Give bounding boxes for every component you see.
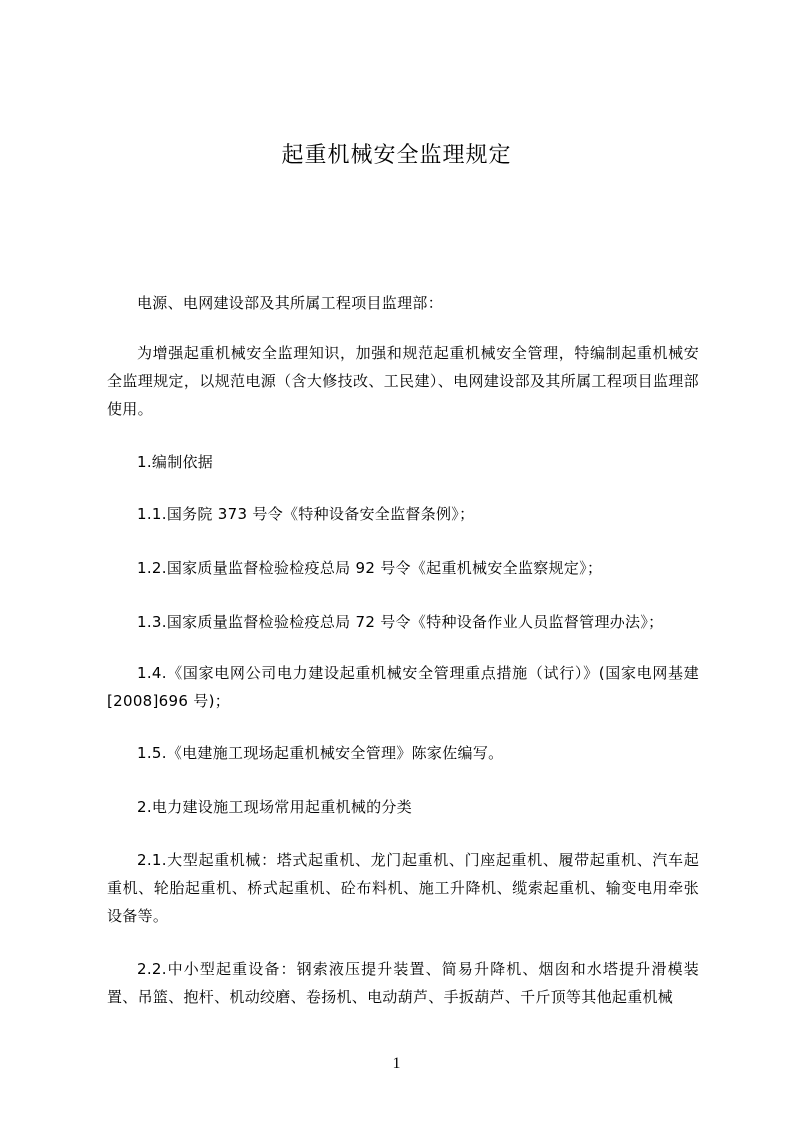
section-heading-basis: 1.编制依据 [107,448,699,476]
basis-item-1-5: 1.5.《电建施工现场起重机械安全管理》陈家佐编写。 [107,739,699,767]
classification-item-2-2: 2.2.中小型起重设备：钢索液压提升装置、简易升降机、烟囱和水塔提升滑模装置、吊… [107,955,699,1011]
section-heading-classification: 2.电力建设施工现场常用起重机械的分类 [107,793,699,821]
intro-paragraph: 为增强起重机械安全监理知识，加强和规范起重机械安全管理，特编制起重机械安全监理规… [107,339,699,423]
document-page: 起重机械安全监理规定 电源、电网建设部及其所属工程项目监理部： 为增强起重机械安… [0,0,793,1122]
basis-item-1-3: 1.3.国家质量监督检验检疫总局 72 号令《特种设备作业人员监督管理办法》； [107,608,699,636]
classification-item-2-1: 2.1.大型起重机械：塔式起重机、龙门起重机、门座起重机、履带起重机、汽车起重机… [107,846,699,930]
basis-item-1-1: 1.1.国务院 373 号令《特种设备安全监督条例》； [107,500,699,528]
addressee-line: 电源、电网建设部及其所属工程项目监理部： [107,289,699,317]
page-number: 1 [0,1052,793,1076]
basis-item-1-4: 1.4.《国家电网公司电力建设起重机械安全管理重点措施（试行）》(国家电网基建[… [107,659,699,715]
document-title: 起重机械安全监理规定 [0,140,793,172]
basis-item-1-2: 1.2.国家质量监督检验检疫总局 92 号令《起重机械安全监察规定》； [107,554,699,582]
